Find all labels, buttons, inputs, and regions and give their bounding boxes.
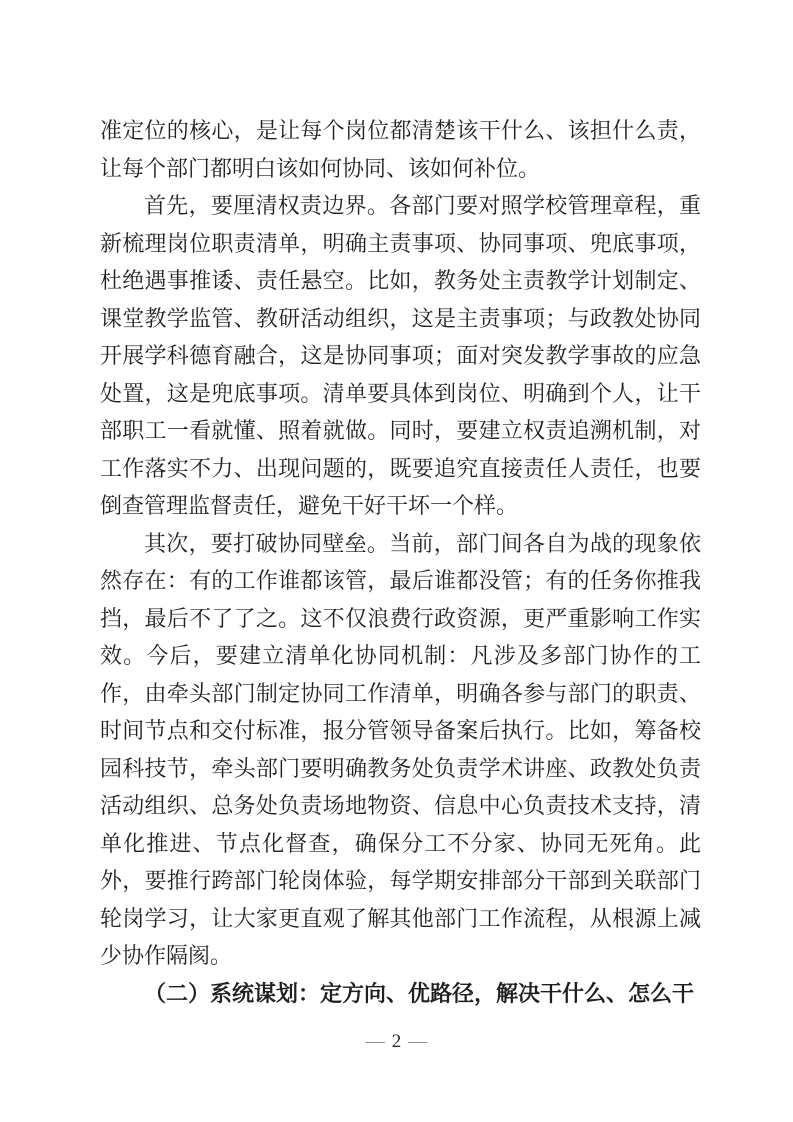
paragraph-first-point: 首先，要厘清权责边界。各部门要对照学校管理章程，重新梳理岗位职责清单，明确主责事… — [100, 187, 701, 525]
page-number: 2 — [392, 1031, 402, 1052]
section-heading: （二）系统谋划：定方向、优路径，解决干什么、怎么干 — [100, 975, 701, 1013]
paragraph-continuation: 准定位的核心，是让每个岗位都清楚该干什么、该担什么责，让每个部门都明白该如何协同… — [100, 112, 701, 187]
paragraph-second-point: 其次，要打破协同壁垒。当前，部门间各自为战的现象依然存在：有的工作谁都该管，最后… — [100, 525, 701, 975]
page-footer: —2— — [0, 1030, 793, 1054]
document-page: 准定位的核心，是让每个岗位都清楚该干什么、该担什么责，让每个部门都明白该如何协同… — [0, 0, 793, 1122]
page-number-dash-left: — — [359, 1031, 392, 1052]
document-body: 准定位的核心，是让每个岗位都清楚该干什么、该担什么责，让每个部门都明白该如何协同… — [100, 112, 701, 1012]
page-number-dash-right: — — [401, 1031, 434, 1052]
